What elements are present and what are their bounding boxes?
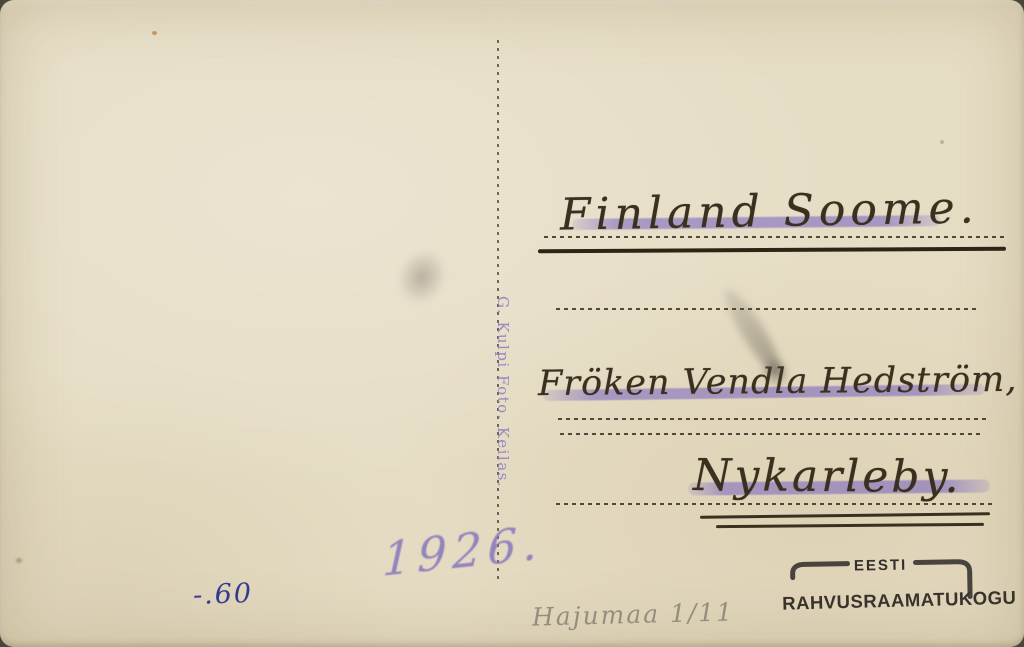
library-stamp: EESTI RAHVUSRAAMATUKOGU	[785, 552, 986, 630]
address-rule-dotted-1	[544, 236, 1004, 238]
smudge-mark-left	[388, 241, 456, 314]
ink-underline-2	[716, 523, 984, 528]
paper-speck-right	[940, 140, 944, 144]
address-rule-solid	[538, 247, 1006, 253]
address-rule-dotted-4	[560, 433, 982, 435]
catalog-note-pencil: Hajumaa 1/11	[532, 597, 735, 631]
year-note-purple-pencil: 1926.	[381, 515, 544, 586]
address-town-handwriting: Nykarleby.	[693, 450, 962, 503]
price-note-blue-ink: -.60	[192, 578, 253, 611]
paper-speck-bottom-left	[16, 558, 22, 563]
address-rule-dotted-3	[558, 418, 986, 420]
library-stamp-country-label: EESTI	[851, 557, 909, 575]
postcard-paper: G. Kulpi Foto. Keilas. Finland Soome. Fr…	[0, 0, 1024, 647]
paper-speck-orange	[152, 31, 157, 35]
address-rule-dotted-5	[556, 503, 992, 505]
photographer-stamp-vertical-text: G. Kulpi Foto. Keilas.	[482, 262, 512, 522]
ink-underline-1	[700, 512, 990, 519]
address-country-handwriting: Finland Soome.	[560, 182, 979, 240]
scanned-postcard-back: { "postcard": { "address": { "line1": "F…	[0, 0, 1024, 647]
address-rule-dotted-2	[556, 308, 978, 310]
library-stamp-name-label: RAHVUSRAAMATUKOGU	[782, 587, 991, 614]
